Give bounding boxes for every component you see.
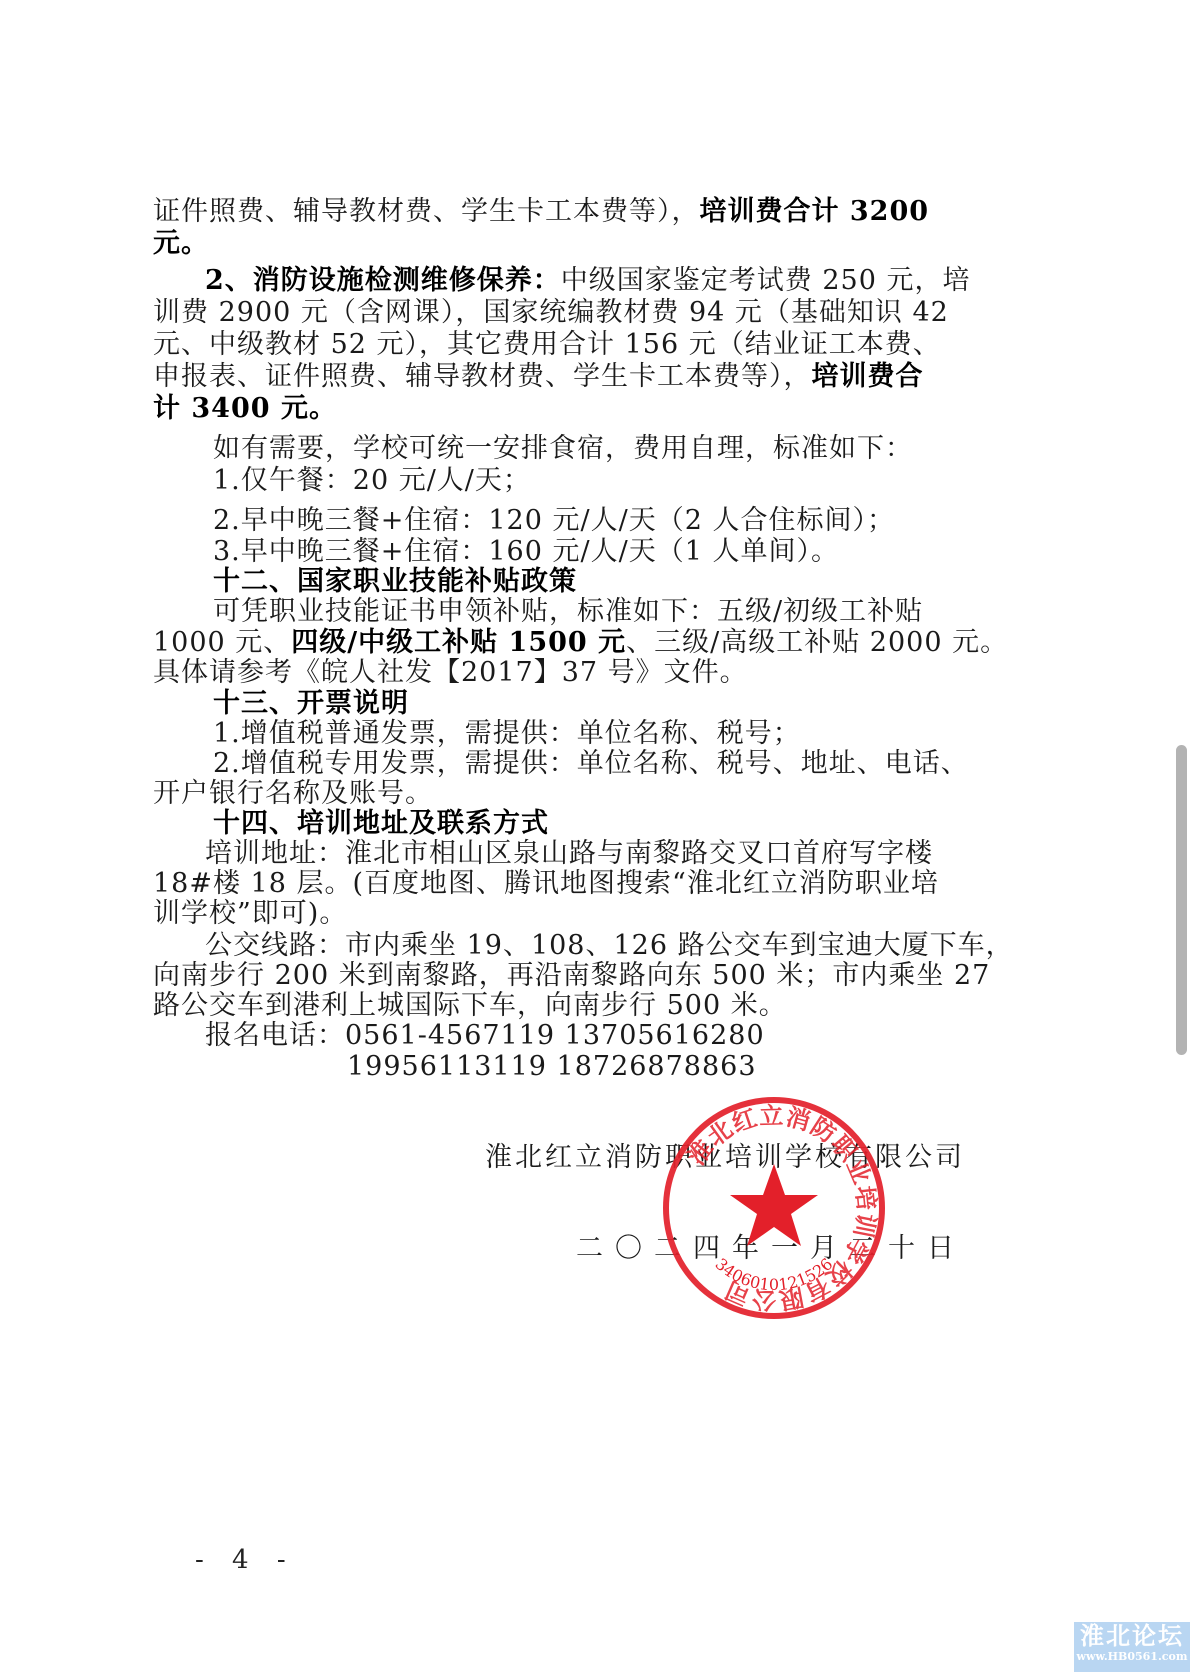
bold-text: 计 3400 元。 [153,393,337,424]
document-line: 1.仅午餐：20 元/人/天； [213,465,531,497]
document-line: 报名电话：0561-4567119 13705616280 [205,1020,765,1052]
document-line: 证件照费、辅导教材费、学生卡工本费等），培训费合计 3200 [153,196,929,228]
text: 19956113119 18726878863 [347,1051,757,1082]
document-line: 2、消防设施检测维修保养：中级国家鉴定考试费 250 元，培 [205,265,971,297]
document-line: 向南步行 200 米到南黎路，再沿南黎路向东 500 米；市内乘坐 27 [153,960,990,992]
watermark-url: www.HB0561.com [1074,1650,1190,1664]
text: 1.增值税普通发票，需提供：单位名称、税号； [213,718,801,749]
text: 向南步行 200 米到南黎路，再沿南黎路向东 500 米；市内乘坐 27 [153,960,990,991]
bold-text: 十二、国家职业技能补贴政策 [213,566,577,597]
text: 训学校”即可)。 [153,898,347,929]
text: 报名电话：0561-4567119 13705616280 [205,1020,765,1051]
document-line: 具体请参考《皖人社发【2017】37 号》文件。 [153,657,748,689]
document-line: 元。 [153,228,209,260]
document-line: 申报表、证件照费、辅导教材费、学生卡工本费等），培训费合 [153,361,924,393]
text: 3.早中晚三餐+住宿：160 元/人/天（1 人单间）。 [213,536,839,567]
text: 18#楼 18 层。(百度地图、腾讯地图搜索“淮北红立消防职业培 [153,868,939,899]
document-line: 2.增值税专用发票，需提供：单位名称、税号、地址、电话、 [213,748,969,780]
document-line: 如有需要，学校可统一安排食宿，费用自理，标准如下： [213,433,913,465]
text: 、三级/高级工补贴 2000 元。 [626,627,1008,658]
text: 公交线路：市内乘坐 19、108、126 路公交车到宝迪大厦下车， [205,930,1014,961]
text: 开户银行名称及账号。 [153,778,433,809]
text: 1.仅午餐：20 元/人/天； [213,465,531,496]
text: 证件照费、辅导教材费、学生卡工本费等）， [153,196,700,227]
vertical-scrollbar[interactable] [1176,745,1187,1055]
bold-text: 元。 [153,228,209,259]
text: 1000 元、 [153,627,291,658]
document-line: 十二、国家职业技能补贴政策 [213,566,577,598]
bold-text: 四级/中级工补贴 1500 元 [291,627,626,658]
document-line: 培训地址：淮北市相山区泉山路与南黎路交叉口首府写字楼 [205,838,933,870]
document-line: 2.早中晚三餐+住宿：120 元/人/天（2 人合住标间）； [213,505,895,537]
document-line: 18#楼 18 层。(百度地图、腾讯地图搜索“淮北红立消防职业培 [153,868,939,900]
text: 训费 2900 元（含网课），国家统编教材费 94 元（基础知识 42 [153,297,949,328]
bold-text: 培训费合 [812,361,924,392]
text: 申报表、证件照费、辅导教材费、学生卡工本费等）， [153,361,812,392]
bold-text: 2、消防设施检测维修保养： [205,265,561,296]
document-line: 十四、培训地址及联系方式 [213,808,549,840]
document-page: 证件照费、辅导教材费、学生卡工本费等），培训费合计 3200元。2、消防设施检测… [0,0,1200,1675]
text: 元、中级教材 52 元），其它费用合计 156 元（结业证工本费、 [153,329,941,360]
watermark-title: 淮北论坛 [1074,1622,1190,1650]
text: 如有需要，学校可统一安排食宿，费用自理，标准如下： [213,433,913,464]
document-line: 路公交车到港利上城国际下车，向南步行 500 米。 [153,990,787,1022]
page-number: - 4 - [195,1545,296,1575]
bold-text: 十三、开票说明 [213,688,409,719]
site-watermark: 淮北论坛 www.HB0561.com [1074,1622,1190,1672]
document-line: 开户银行名称及账号。 [153,778,433,810]
text: 具体请参考《皖人社发【2017】37 号》文件。 [153,657,748,688]
text: 路公交车到港利上城国际下车，向南步行 500 米。 [153,990,787,1021]
document-line: 训费 2900 元（含网课），国家统编教材费 94 元（基础知识 42 [153,297,949,329]
company-seal-icon: 淮北红立消防职业培训学校有限公司 3406010121526 [658,1092,890,1324]
document-line: 训学校”即可)。 [153,898,347,930]
document-line: 十三、开票说明 [213,688,409,720]
bold-text: 十四、培训地址及联系方式 [213,808,549,839]
text: 2.早中晚三餐+住宿：120 元/人/天（2 人合住标间）； [213,505,895,536]
document-line: 公交线路：市内乘坐 19、108、126 路公交车到宝迪大厦下车， [205,930,1014,962]
document-line: 1.增值税普通发票，需提供：单位名称、税号； [213,718,801,750]
text: 可凭职业技能证书申领补贴，标准如下：五级/初级工补贴 [213,596,923,627]
document-line: 可凭职业技能证书申领补贴，标准如下：五级/初级工补贴 [213,596,923,628]
document-line: 计 3400 元。 [153,393,337,425]
text: 中级国家鉴定考试费 250 元，培 [561,265,971,296]
text: 培训地址：淮北市相山区泉山路与南黎路交叉口首府写字楼 [205,838,933,869]
document-line: 1000 元、四级/中级工补贴 1500 元、三级/高级工补贴 2000 元。 [153,627,1008,659]
bold-text: 培训费合计 3200 [700,196,930,227]
document-line: 3.早中晚三餐+住宿：160 元/人/天（1 人单间）。 [213,536,839,568]
text: 2.增值税专用发票，需提供：单位名称、税号、地址、电话、 [213,748,969,779]
document-line: 元、中级教材 52 元），其它费用合计 156 元（结业证工本费、 [153,329,941,361]
document-line: 19956113119 18726878863 [347,1051,757,1083]
